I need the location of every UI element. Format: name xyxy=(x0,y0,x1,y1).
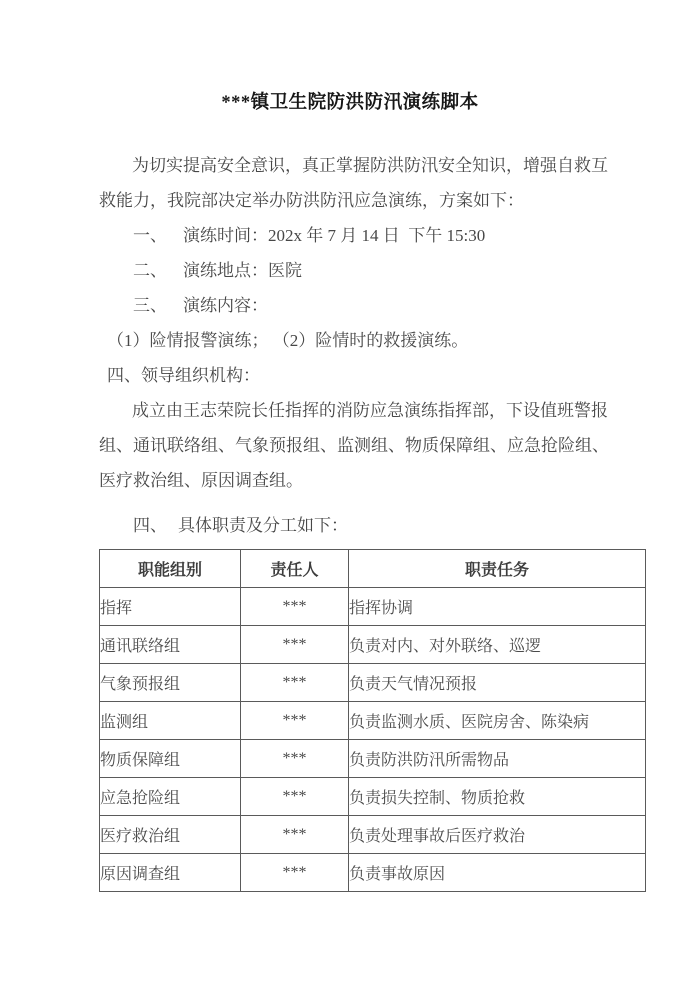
list-item-place-number: 二、 xyxy=(133,253,183,288)
intro-line-2: 救能力，我院部决定举办防洪防汛应急演练，方案如下： xyxy=(99,183,700,218)
cell-person: *** xyxy=(241,778,349,816)
cell-duty: 负责处理事故后医疗救治 xyxy=(349,816,646,854)
cell-duty: 负责事故原因 xyxy=(349,854,646,892)
cell-person: *** xyxy=(241,854,349,892)
cell-person: *** xyxy=(241,626,349,664)
list-item-time-text: 演练时间：202x 年 7 月 14 日 下午 15:30 xyxy=(183,226,485,245)
cell-duty: 指挥协调 xyxy=(349,588,646,626)
section4-line-1: 成立由王志荣院长任指挥的消防应急演练指挥部，下设值班警报 xyxy=(99,393,700,428)
table-row: 医疗救治组 *** 负责处理事故后医疗救治 xyxy=(100,816,646,854)
cell-person: *** xyxy=(241,588,349,626)
cell-person: *** xyxy=(241,816,349,854)
document-title: ***镇卫生院防洪防汛演练脚本 xyxy=(0,0,700,116)
table-row: 气象预报组 *** 负责天气情况预报 xyxy=(100,664,646,702)
cell-group: 应急抢险组 xyxy=(100,778,241,816)
table-header-person: 责任人 xyxy=(241,550,349,588)
cell-person: *** xyxy=(241,702,349,740)
section5-heading-number: 四、 xyxy=(133,508,178,543)
table-row: 原因调查组 *** 负责事故原因 xyxy=(100,854,646,892)
duty-table: 职能组别 责任人 职责任务 指挥 *** 指挥协调 通讯联络组 *** 负责对内… xyxy=(99,549,646,892)
list-item-time: 一、演练时间：202x 年 7 月 14 日 下午 15:30 xyxy=(99,218,700,253)
section5-heading-text: 具体职责及分工如下： xyxy=(178,516,348,535)
list-item-time-number: 一、 xyxy=(133,218,183,253)
cell-group: 医疗救治组 xyxy=(100,816,241,854)
cell-group: 气象预报组 xyxy=(100,664,241,702)
content-detail-line: （1）险情报警演练； （2）险情时的救援演练。 xyxy=(99,323,700,358)
cell-group: 指挥 xyxy=(100,588,241,626)
cell-person: *** xyxy=(241,664,349,702)
cell-group: 物质保障组 xyxy=(100,740,241,778)
cell-duty: 负责损失控制、物质抢救 xyxy=(349,778,646,816)
list-item-place: 二、演练地点：医院 xyxy=(99,253,700,288)
table-row: 应急抢险组 *** 负责损失控制、物质抢救 xyxy=(100,778,646,816)
section5-heading: 四、具体职责及分工如下： xyxy=(99,508,700,543)
cell-duty: 负责监测水质、医院房舍、陈染病 xyxy=(349,702,646,740)
section4-line-3: 医疗救治组、原因调查组。 xyxy=(99,463,700,498)
list-item-content-number: 三、 xyxy=(133,288,183,323)
list-item-content: 三、演练内容： xyxy=(99,288,700,323)
table-row: 通讯联络组 *** 负责对内、对外联络、巡逻 xyxy=(100,626,646,664)
cell-duty: 负责防洪防汛所需物品 xyxy=(349,740,646,778)
table-row: 监测组 *** 负责监测水质、医院房舍、陈染病 xyxy=(100,702,646,740)
table-row: 指挥 *** 指挥协调 xyxy=(100,588,646,626)
cell-duty: 负责天气情况预报 xyxy=(349,664,646,702)
cell-group: 原因调查组 xyxy=(100,854,241,892)
intro-line-1: 为切实提高安全意识，真正掌握防洪防汛安全知识，增强自救互 xyxy=(99,148,700,183)
cell-group: 监测组 xyxy=(100,702,241,740)
document-body: 为切实提高安全意识，真正掌握防洪防汛安全知识，增强自救互 救能力，我院部决定举办… xyxy=(0,116,700,892)
table-header-group: 职能组别 xyxy=(100,550,241,588)
table-row: 物质保障组 *** 负责防洪防汛所需物品 xyxy=(100,740,646,778)
table-header-row: 职能组别 责任人 职责任务 xyxy=(100,550,646,588)
document-page: ***镇卫生院防洪防汛演练脚本 为切实提高安全意识，真正掌握防洪防汛安全知识，增… xyxy=(0,0,700,990)
section4-line-2: 组、通讯联络组、气象预报组、监测组、物质保障组、应急抢险组、 xyxy=(99,428,700,463)
cell-group: 通讯联络组 xyxy=(100,626,241,664)
section4-heading: 四、领导组织机构： xyxy=(99,358,700,393)
cell-duty: 负责对内、对外联络、巡逻 xyxy=(349,626,646,664)
table-header-duty: 职责任务 xyxy=(349,550,646,588)
cell-person: *** xyxy=(241,740,349,778)
list-item-place-text: 演练地点：医院 xyxy=(183,261,302,280)
list-item-content-text: 演练内容： xyxy=(183,296,268,315)
